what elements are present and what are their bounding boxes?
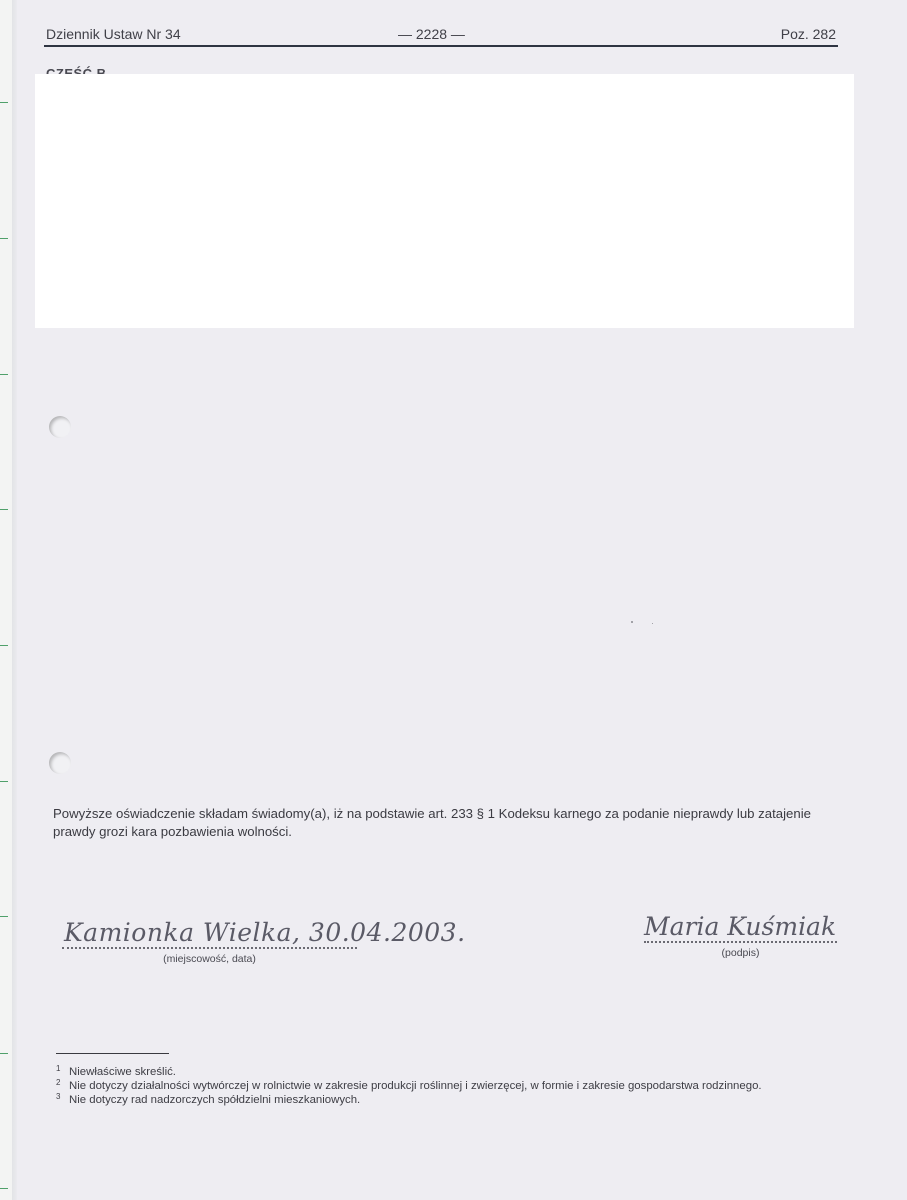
position-number: Poz. 282 (781, 26, 836, 42)
handwritten-signature: Maria Kuśmiak (644, 912, 837, 941)
scan-speck (652, 623, 653, 624)
footnote: 1 Niewłaściwe skreślić. (56, 1065, 846, 1079)
place-date-caption: (miejscowość, data) (62, 953, 357, 965)
page-number: — 2228 — (398, 26, 465, 42)
redacted-region (35, 74, 854, 328)
scanner-edge-mark (0, 916, 8, 917)
dotted-line (62, 947, 357, 949)
footnote-mark: 2 (56, 1076, 60, 1090)
scanner-edge-mark (0, 645, 8, 646)
footnote: 3 Nie dotyczy rad nadzorczych spółdzieln… (56, 1093, 846, 1107)
place-date-block: Kamionka Wielka, 30.04.2003. (miejscowoś… (62, 918, 357, 965)
scanner-edge-mark (0, 781, 8, 782)
footnote-text: Nie dotyczy działalności wytwórczej w ro… (69, 1080, 762, 1092)
punch-hole (49, 416, 71, 438)
footnote-text: Nie dotyczy rad nadzorczych spółdzielni … (69, 1094, 360, 1106)
footnote-rule (56, 1053, 169, 1054)
signature-caption: (podpis) (644, 947, 837, 959)
scanner-edge-mark (0, 1188, 8, 1189)
footnotes: 1 Niewłaściwe skreślić. 2 Nie dotyczy dz… (56, 1065, 846, 1107)
footnote: 2 Nie dotyczy działalności wytwórczej w … (56, 1079, 846, 1093)
handwritten-place-date: Kamionka Wielka, 30.04.2003. (64, 918, 357, 947)
scanner-edge-mark (0, 102, 8, 103)
scanner-edge-mark (0, 509, 8, 510)
footnote-mark: 3 (56, 1090, 60, 1104)
header-rule (44, 45, 838, 47)
footnote-mark: 1 (56, 1062, 60, 1076)
page-header: Dziennik Ustaw Nr 34 — 2228 — Poz. 282 (46, 26, 836, 46)
scanner-edge-mark (0, 238, 8, 239)
footnote-text: Niewłaściwe skreślić. (69, 1066, 176, 1078)
punch-hole (49, 752, 71, 774)
scanner-edge-mark (0, 1053, 8, 1054)
dotted-line (644, 941, 837, 943)
scanner-edge-mark (0, 374, 8, 375)
journal-title: Dziennik Ustaw Nr 34 (46, 26, 181, 42)
scan-speck (631, 621, 633, 623)
declaration-statement: Powyższe oświadczenie składam świadomy(a… (53, 805, 843, 841)
signature-block: Maria Kuśmiak (podpis) (644, 912, 837, 959)
